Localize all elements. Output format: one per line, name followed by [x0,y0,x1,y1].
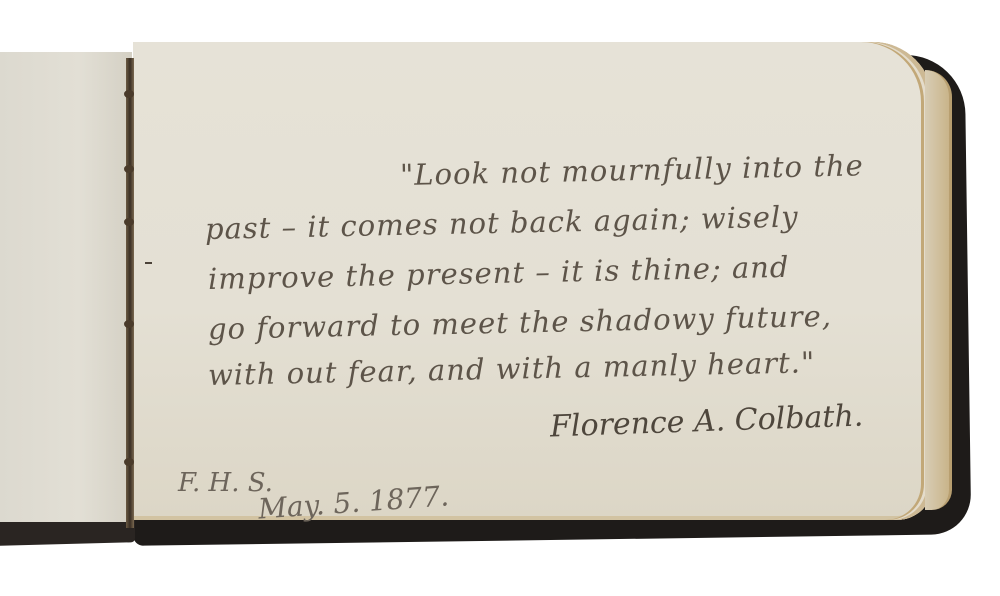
binding-stitch [124,90,134,98]
binding-stitch [124,165,134,173]
page-edges-gilt [925,70,952,510]
ink-mark [145,262,152,264]
left-page-blank [0,52,132,522]
binding-stitch [124,458,134,466]
binding-stitch [124,218,134,226]
binding-stitch [124,320,134,328]
book-cover-left [0,518,135,546]
album-photo: "Look not mournfully into the past – it … [0,0,1000,596]
